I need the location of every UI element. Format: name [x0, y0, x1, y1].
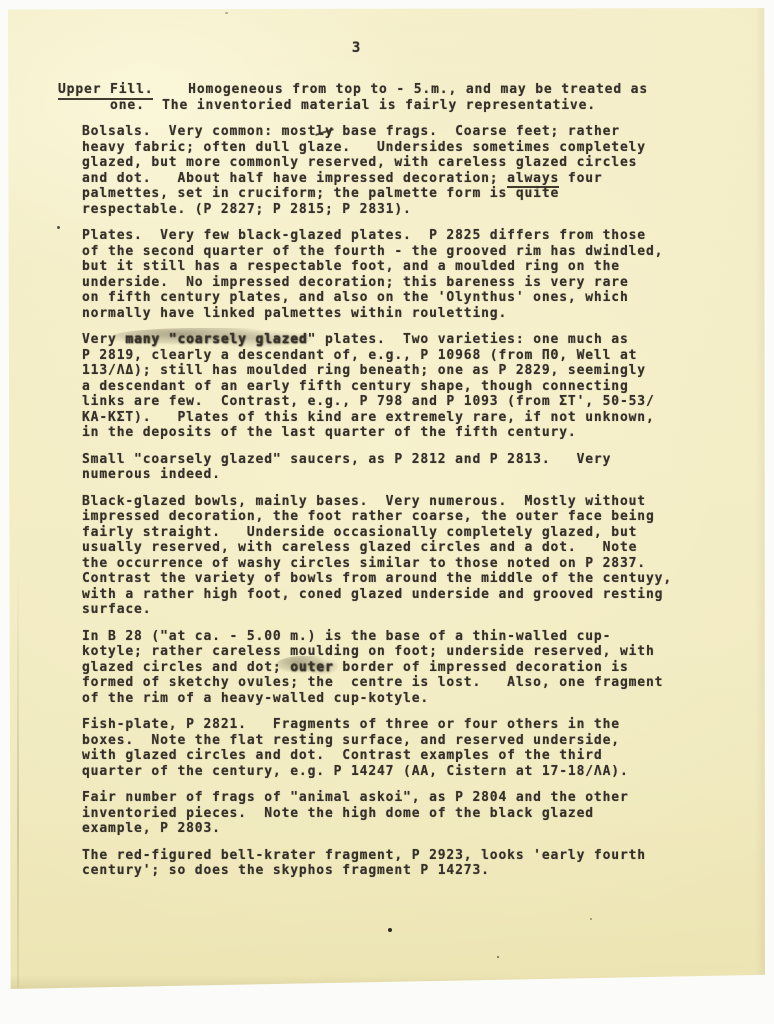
- text-line: on fifth century plates, and also on the…: [82, 290, 718, 306]
- text-segment: glazed, but more commonly reserved, with…: [82, 155, 637, 170]
- text-line: numerous indeed.: [82, 467, 718, 483]
- text-segment: surface.: [82, 602, 151, 617]
- text-line: formed of sketchy ovules; the centre is …: [82, 675, 718, 691]
- text-line: one. The inventoried material is fairly …: [58, 98, 718, 114]
- paragraph-9: Fair number of frags of "animal askoi", …: [82, 790, 718, 837]
- text-segment: example, P 2803.: [82, 821, 221, 836]
- text-segment: The red-figured bell-krater fragment, P …: [82, 848, 646, 863]
- text-line: the occurrence of washy circles similar …: [82, 556, 718, 572]
- text-line: boxes. Note the flat resting surface, an…: [82, 733, 718, 749]
- text-line: Plates. Very few black-glazed plates. P …: [82, 228, 718, 244]
- text-line: respectable. (P 2827; P 2815; P 2831).: [82, 202, 718, 218]
- text-line: fairly straight. Underside occasionally …: [82, 525, 718, 541]
- text-segment: Fair number of frags of "animal askoi", …: [82, 790, 629, 805]
- text-segment: century'; so does the skyphos fragment P…: [82, 863, 490, 878]
- paragraph-6: Black-glazed bowls, mainly bases. Very n…: [82, 494, 718, 618]
- smudged-text: outer: [290, 660, 333, 675]
- text-line: Fair number of frags of "animal askoi", …: [82, 790, 718, 806]
- text-line: quarter of the century, e.g. P 14247 (ΑΑ…: [82, 764, 718, 780]
- text-line: kotyle; rather careless moulding on foot…: [82, 644, 718, 660]
- text-segment: fairly straight. Underside occasionally …: [82, 525, 637, 540]
- text-line: links are few. Contrast, e.g., P 798 and…: [82, 394, 718, 410]
- paragraph-5: Small "coarsely glazed" saucers, as P 28…: [82, 452, 718, 483]
- text-segment: with a rather high foot, coned glazed un…: [82, 587, 663, 602]
- text-segment: ΚΑ-ΚΣΤ). Plates of this kind are extreme…: [82, 410, 655, 425]
- text-segment: Homogeneous from top to - 5.m., and may …: [153, 82, 648, 97]
- text-segment: with glazed circles and dot. Contrast ex…: [82, 748, 603, 763]
- text-line: with glazed circles and dot. Contrast ex…: [82, 748, 718, 764]
- text-line: in the deposits of the last quarter of t…: [82, 425, 718, 441]
- text-line: Small "coarsely glazed" saucers, as P 28…: [82, 452, 718, 468]
- text-segment: one. The inventoried material is fairly …: [58, 98, 596, 113]
- text-line: The red-figured bell-krater fragment, P …: [82, 848, 718, 864]
- text-line: surface.: [82, 602, 718, 618]
- document-page: 3 Upper Fill. Homogeneous from top to - …: [8, 8, 765, 989]
- text-segment: a descendant of an early fifth century s…: [82, 379, 629, 394]
- text-segment: " plates. Two varieties: one much as: [308, 332, 629, 347]
- text-segment: but it still has a respectable foot, and…: [82, 259, 620, 274]
- text-segment: on fifth century plates, and also on the…: [82, 290, 629, 305]
- text-line: Fish-plate, P 2821. Fragments of three o…: [82, 717, 718, 733]
- text-segment: respectable. (P 2827; P 2815; P 2831).: [82, 202, 412, 217]
- text-segment: quarter of the century, e.g. P 14247 (ΑΑ…: [82, 764, 629, 779]
- text-segment: P 2819, clearly a descendant of, e.g., P…: [82, 348, 637, 363]
- text-line: normally have linked palmettes within ro…: [82, 306, 718, 322]
- text-segment: base frags. Coarse feet; rather: [334, 124, 620, 139]
- text-segment: Bolsals. Very common: most: [82, 124, 316, 139]
- text-line: underside. No impressed decoration; this…: [82, 275, 718, 291]
- text-line: a descendant of an early fifth century s…: [82, 379, 718, 395]
- text-line: impressed decoration, the foot rather co…: [82, 509, 718, 525]
- text-line: with a rather high foot, coned glazed un…: [82, 587, 718, 603]
- smudged-text: many "coarsely glazed: [125, 332, 307, 347]
- text-segment: normally have linked palmettes within ro…: [82, 306, 507, 321]
- text-line: example, P 2803.: [82, 821, 718, 837]
- text-segment: usually reserved, with careless glazed c…: [82, 540, 637, 555]
- ink-speck: [388, 928, 392, 932]
- text-segment: and dot. About half have impressed decor…: [82, 171, 507, 186]
- text-line: glazed, but more commonly reserved, with…: [82, 155, 718, 171]
- paragraph-2: Bolsals. Very common: mostly base frags.…: [82, 124, 718, 217]
- paragraph-7: In B 28 ("at ca. - 5.00 m.) is the base …: [82, 629, 718, 707]
- text-line: usually reserved, with careless glazed c…: [82, 540, 718, 556]
- ink-speck: [497, 956, 499, 958]
- text-segment: glazed circles and dot;: [82, 660, 290, 675]
- text-line: 113/ΛΔ); still has moulded ring beneath;…: [82, 363, 718, 379]
- text-line: inventoried pieces. Note the high dome o…: [82, 806, 718, 822]
- text-line: Contrast the variety of bowls from aroun…: [82, 571, 718, 587]
- text-line: Bolsals. Very common: mostly base frags.…: [82, 124, 718, 140]
- text-segment: impressed decoration, the foot rather co…: [82, 509, 655, 524]
- text-segment: 113/ΛΔ); still has moulded ring beneath;…: [82, 363, 646, 378]
- text-line: heavy fabric; often dull glaze. Undersid…: [82, 140, 718, 156]
- text-segment: kotyle; rather careless moulding on foot…: [82, 644, 655, 659]
- text-line: Very many "coarsely glazed" plates. Two …: [82, 332, 718, 348]
- text-segment: boxes. Note the flat resting surface, an…: [82, 733, 620, 748]
- struck-text: ly: [316, 124, 333, 139]
- ink-speck: [225, 12, 228, 14]
- typewritten-text: Upper Fill. Homogeneous from top to - 5.…: [58, 82, 718, 890]
- page-number: 3: [0, 40, 735, 56]
- text-line: In B 28 ("at ca. - 5.00 m.) is the base …: [82, 629, 718, 645]
- text-line: but it still has a respectable foot, and…: [82, 259, 718, 275]
- paragraph-10: The red-figured bell-krater fragment, P …: [82, 848, 718, 879]
- text-segment: In B 28 ("at ca. - 5.00 m.) is the base …: [82, 629, 611, 644]
- text-segment: links are few. Contrast, e.g., P 798 and…: [82, 394, 655, 409]
- paper-crease: [17, 568, 19, 988]
- text-line: Black-glazed bowls, mainly bases. Very n…: [82, 494, 718, 510]
- text-segment: formed of sketchy ovules; the centre is …: [82, 675, 663, 690]
- text-line: palmettes, set in cruciform; the palmett…: [82, 186, 718, 202]
- paragraph-4: Very many "coarsely glazed" plates. Two …: [82, 332, 718, 441]
- text-line: glazed circles and dot; outer border of …: [82, 660, 718, 676]
- text-line: of the rim of a heavy-walled cup-kotyle.: [82, 691, 718, 707]
- text-line: and dot. About half have impressed decor…: [82, 171, 718, 187]
- text-segment: Plates. Very few black-glazed plates. P …: [82, 228, 646, 243]
- text-segment: Fish-plate, P 2821. Fragments of three o…: [82, 717, 620, 732]
- text-segment: palmettes, set in cruciform; the palmett…: [82, 186, 559, 201]
- paper-edge-shade: [8, 975, 765, 989]
- text-segment: in the deposits of the last quarter of t…: [82, 425, 577, 440]
- text-segment: of the second quarter of the fourth - th…: [82, 244, 663, 259]
- text-segment: Black-glazed bowls, mainly bases. Very n…: [82, 494, 646, 509]
- text-segment: underside. No impressed decoration; this…: [82, 275, 629, 290]
- text-segment: of the rim of a heavy-walled cup-kotyle.: [82, 691, 429, 706]
- text-segment: Contrast the variety of bowls from aroun…: [82, 571, 672, 586]
- text-segment: border of impressed decoration is: [334, 660, 629, 675]
- paper-edge-shade: [755, 8, 765, 989]
- paragraph-1: Upper Fill. Homogeneous from top to - 5.…: [58, 82, 718, 113]
- text-segment: heavy fabric; often dull glaze. Undersid…: [82, 140, 646, 155]
- text-segment: inventoried pieces. Note the high dome o…: [82, 806, 594, 821]
- text-line: P 2819, clearly a descendant of, e.g., P…: [82, 348, 718, 364]
- text-line: of the second quarter of the fourth - th…: [82, 244, 718, 260]
- text-line: Upper Fill. Homogeneous from top to - 5.…: [58, 82, 718, 98]
- ink-speck: [590, 918, 592, 920]
- text-segment: Small "coarsely glazed" saucers, as P 28…: [82, 452, 611, 467]
- text-segment: numerous indeed.: [82, 467, 221, 482]
- ink-speck: [57, 226, 60, 229]
- text-segment: Very: [82, 332, 125, 347]
- text-segment: four: [559, 171, 602, 186]
- paragraph-3: Plates. Very few black-glazed plates. P …: [82, 228, 718, 321]
- paragraph-8: Fish-plate, P 2821. Fragments of three o…: [82, 717, 718, 779]
- text-line: century'; so does the skyphos fragment P…: [82, 863, 718, 879]
- text-segment: the occurrence of washy circles similar …: [82, 556, 646, 571]
- text-line: ΚΑ-ΚΣΤ). Plates of this kind are extreme…: [82, 410, 718, 426]
